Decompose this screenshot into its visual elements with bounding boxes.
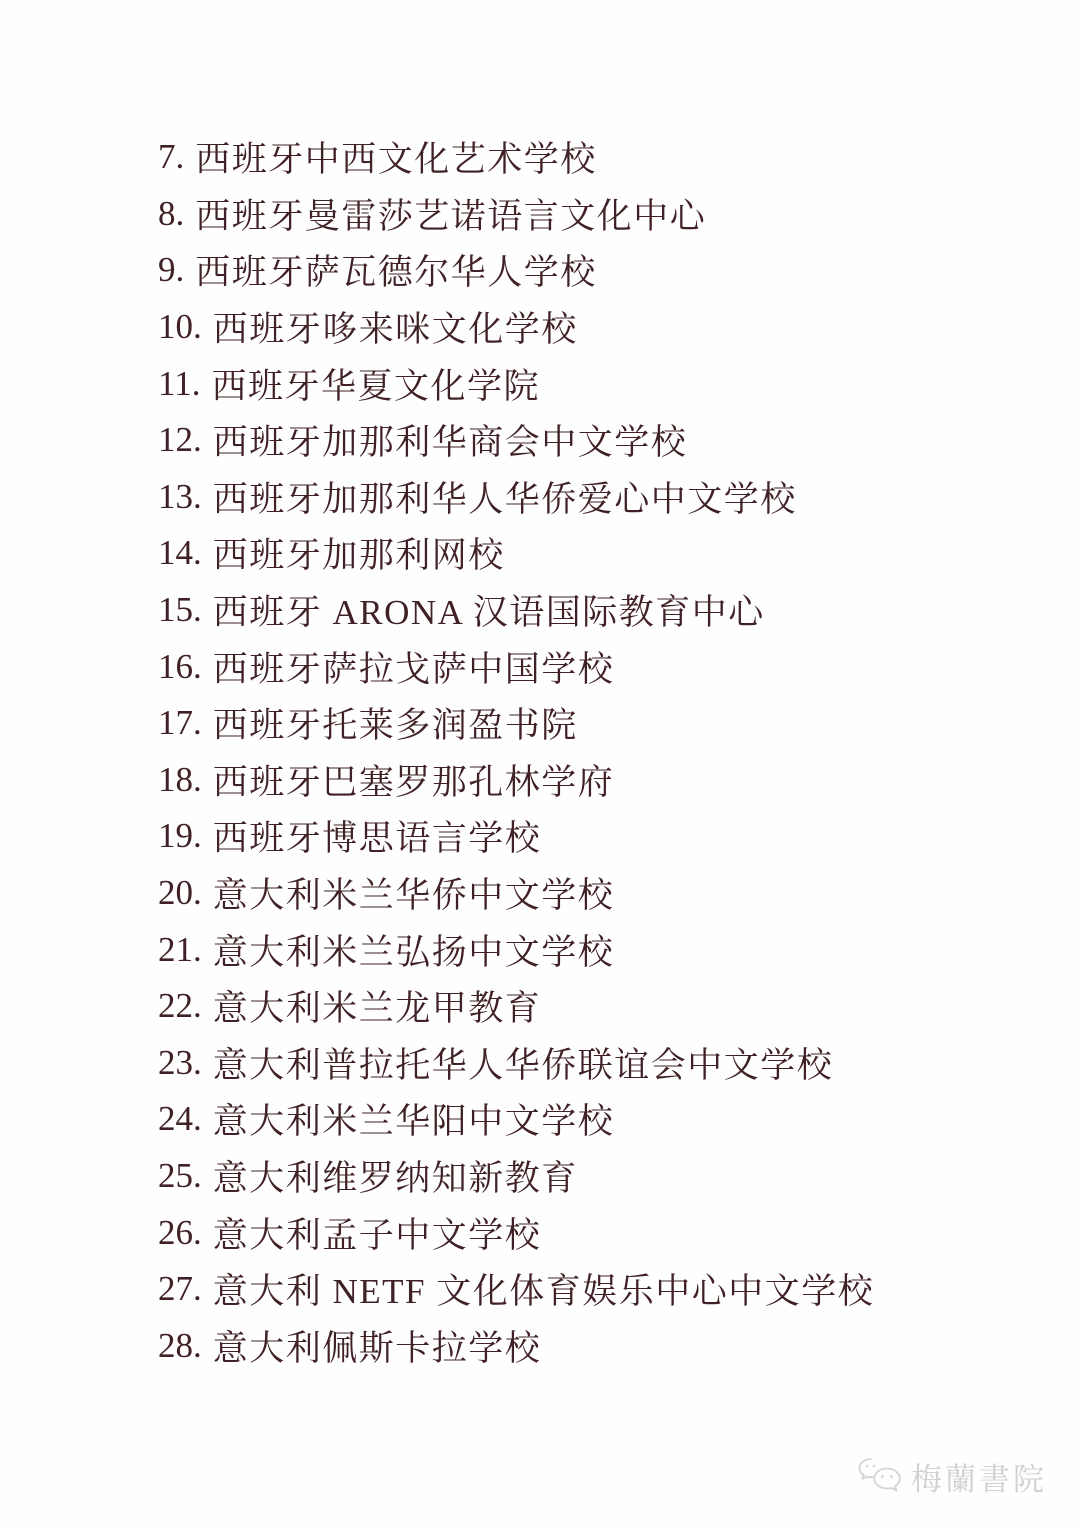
list-item: 18. 西班牙巴塞罗那孔林学府 [158, 752, 1040, 809]
list-item: 21. 意大利米兰弘扬中文学校 [158, 921, 1040, 978]
list-item-number: 18. [158, 760, 202, 800]
list-item-number: 25. [158, 1156, 202, 1196]
list-item-number: 11. [158, 364, 200, 404]
list-item: 9. 西班牙萨瓦德尔华人学校 [158, 242, 1040, 299]
list-item: 24. 意大利米兰华阳中文学校 [158, 1091, 1040, 1148]
list-item: 26. 意大利孟子中文学校 [158, 1204, 1040, 1261]
list-item-name: 西班牙加那利华人华侨爱心中文学校 [213, 472, 797, 522]
list-item-name: 西班牙加那利华商会中文学校 [213, 415, 688, 465]
list-item: 8. 西班牙曼雷莎艺诺语言文化中心 [158, 186, 1040, 243]
list-item-number: 22. [158, 986, 202, 1026]
list-item-number: 10. [158, 307, 202, 347]
list-item-number: 16. [158, 647, 202, 687]
list-item: 13. 西班牙加那利华人华侨爱心中文学校 [158, 469, 1040, 526]
list-item: 23. 意大利普拉托华人华侨联谊会中文学校 [158, 1035, 1040, 1092]
list-item-name: 意大利米兰龙甲教育 [213, 981, 542, 1031]
list-item-name: 意大利 NETF 文化体育娱乐中心中文学校 [213, 1264, 875, 1314]
list-item-name: 西班牙加那利网校 [213, 528, 505, 578]
list-item-name: 意大利维罗纳知新教育 [213, 1151, 578, 1201]
list-item: 28. 意大利佩斯卡拉学校 [158, 1317, 1040, 1374]
watermark: 梅蘭書院 [857, 1454, 1047, 1499]
list-item: 15. 西班牙 ARONA 汉语国际教育中心 [158, 582, 1040, 639]
list-item-number: 14. [158, 533, 202, 573]
wechat-icon [857, 1456, 903, 1498]
list-item-name: 西班牙博思语言学校 [213, 811, 542, 861]
list-item-number: 12. [158, 420, 202, 460]
list-item: 10. 西班牙哆来咪文化学校 [158, 299, 1040, 356]
list-item-number: 19. [158, 816, 202, 856]
list-item-name: 意大利普拉托华人华侨联谊会中文学校 [213, 1038, 834, 1088]
list-item-name: 西班牙哆来咪文化学校 [213, 302, 578, 352]
list-item-number: 17. [158, 703, 202, 743]
list-item-name: 西班牙托莱多润盈书院 [213, 698, 578, 748]
list-item-name: 西班牙曼雷莎艺诺语言文化中心 [195, 189, 706, 239]
list-item-number: 13. [158, 477, 202, 517]
list-item: 25. 意大利维罗纳知新教育 [158, 1148, 1040, 1205]
list-item: 20. 意大利米兰华侨中文学校 [158, 865, 1040, 922]
watermark-label: 梅蘭書院 [911, 1454, 1047, 1499]
list-item-name: 意大利米兰华侨中文学校 [213, 868, 615, 918]
school-list: 7. 西班牙中西文化艺术学校 8. 西班牙曼雷莎艺诺语言文化中心 9. 西班牙萨… [158, 129, 1040, 1374]
list-item: 22. 意大利米兰龙甲教育 [158, 978, 1040, 1035]
list-item: 12. 西班牙加那利华商会中文学校 [158, 412, 1040, 469]
list-item-number: 8. [158, 194, 184, 234]
list-item-number: 15. [158, 590, 202, 630]
list-item-name: 西班牙 ARONA 汉语国际教育中心 [213, 585, 765, 635]
list-item: 11. 西班牙华夏文化学院 [158, 355, 1040, 412]
list-item-name: 意大利孟子中文学校 [213, 1208, 542, 1258]
list-item: 17. 西班牙托莱多润盈书院 [158, 695, 1040, 752]
list-item-number: 24. [158, 1099, 202, 1139]
list-item-name: 西班牙萨拉戈萨中国学校 [213, 642, 615, 692]
list-item-number: 9. [158, 250, 184, 290]
list-item: 14. 西班牙加那利网校 [158, 525, 1040, 582]
list-item-name: 意大利米兰华阳中文学校 [213, 1094, 615, 1144]
list-item-name: 意大利米兰弘扬中文学校 [213, 925, 615, 975]
list-item-number: 27. [158, 1269, 202, 1309]
list-item-number: 28. [158, 1326, 202, 1366]
list-item-number: 23. [158, 1043, 202, 1083]
list-item-number: 26. [158, 1213, 202, 1253]
list-item: 27. 意大利 NETF 文化体育娱乐中心中文学校 [158, 1261, 1040, 1318]
list-item: 7. 西班牙中西文化艺术学校 [158, 129, 1040, 186]
list-item-number: 21. [158, 930, 202, 970]
list-item-number: 20. [158, 873, 202, 913]
list-item-name: 西班牙萨瓦德尔华人学校 [195, 245, 597, 295]
list-item: 16. 西班牙萨拉戈萨中国学校 [158, 638, 1040, 695]
list-item: 19. 西班牙博思语言学校 [158, 808, 1040, 865]
list-item-number: 7. [158, 137, 184, 177]
list-item-name: 意大利佩斯卡拉学校 [213, 1321, 542, 1371]
list-item-name: 西班牙华夏文化学院 [211, 359, 540, 409]
list-item-name: 西班牙中西文化艺术学校 [195, 132, 597, 182]
list-item-name: 西班牙巴塞罗那孔林学府 [213, 755, 615, 805]
